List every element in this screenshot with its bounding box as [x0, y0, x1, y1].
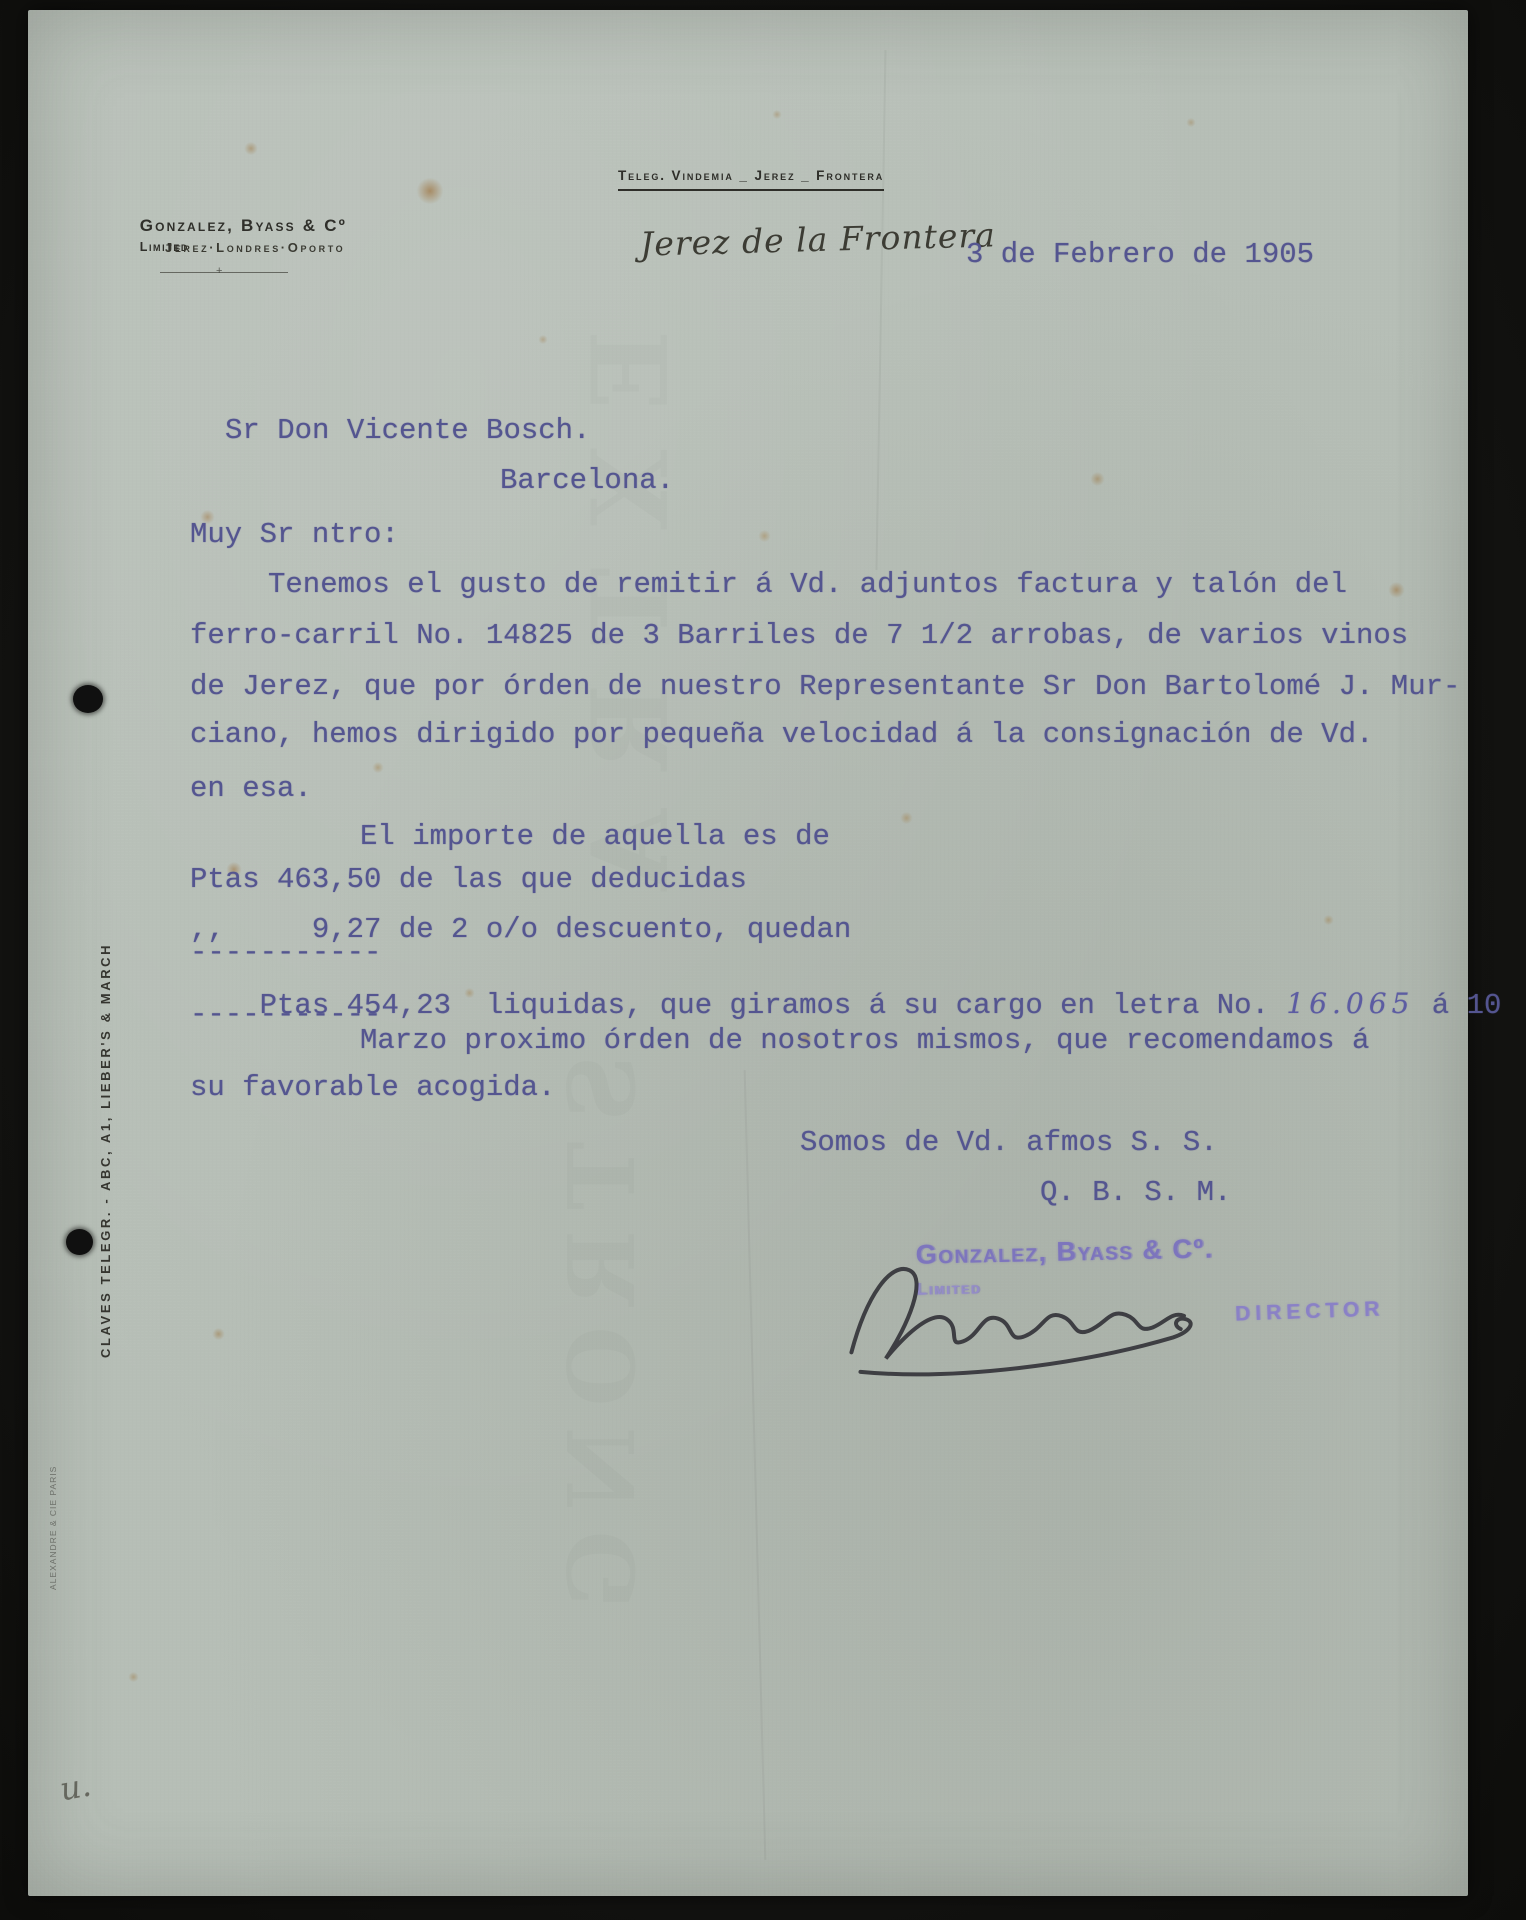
- telegraph-address: Teleg. Vindemia _ Jerez _ Frontera: [618, 168, 884, 191]
- draft-number-handwritten: 16.065: [1286, 987, 1414, 1020]
- letter-line: ciano, hemos dirigido por pequeña veloci…: [190, 720, 1373, 749]
- amount-gross-line: Ptas 463,50 de las que deducidas: [190, 865, 747, 894]
- letterhead-company-main: Gonzalez, Byass & Cº: [140, 216, 347, 235]
- letterhead-cities: Jerez·Londres·Oporto: [165, 240, 345, 255]
- foxing-stain: [1388, 582, 1405, 598]
- letter-line: ferro-carril No. 14825 de 3 Barriles de …: [190, 621, 1408, 650]
- telegraph-codes-margin-note: CLAVES TELEGR. - ABC, A1, LIEBER'S & MAR…: [98, 943, 113, 1358]
- foxing-stain: [244, 142, 258, 155]
- foxing-stain: [372, 762, 384, 773]
- recipient-city: Barcelona.: [500, 466, 674, 495]
- foxing-stain: [758, 530, 771, 542]
- recipient-name: Sr Don Vicente Bosch.: [225, 416, 590, 445]
- letter-line: de Jerez, que por órden de nuestro Repre…: [190, 672, 1460, 701]
- salutation: Muy Sr ntro:: [190, 520, 399, 549]
- director-signature: [824, 1235, 1231, 1406]
- foxing-stain: [538, 335, 548, 344]
- letter-paper: EXTRA STRONG Gonzalez, Byass & Cº Limite…: [28, 10, 1468, 1896]
- foxing-stain: [900, 812, 913, 824]
- pencil-mark: u.: [57, 1766, 94, 1809]
- foxing-stain: [772, 110, 782, 119]
- paper-crease: [744, 1070, 767, 1860]
- foxing-stain: [128, 1672, 139, 1682]
- paper-crease: [875, 50, 886, 570]
- dateline-place-script: Jerez de la Frontera: [640, 215, 997, 263]
- foxing-stain: [1090, 472, 1105, 486]
- letterhead-divider: +: [160, 272, 288, 273]
- amount-net-tail: á 10: [1414, 989, 1501, 1022]
- letter-line: Marzo proximo órden de nosotros mismos, …: [360, 1026, 1369, 1055]
- foxing-stain: [416, 178, 444, 204]
- amount-net-typed: Ptas 454,23 liquidas, que giramos á su c…: [260, 989, 1287, 1022]
- letterhead-company-name: Gonzalez, Byass & Cº Limited: [112, 196, 347, 276]
- ghost-impression-lower: STRONG: [548, 1055, 656, 1629]
- valediction: Somos de Vd. afmos S. S.: [800, 1128, 1218, 1157]
- signature-ink-strokes: [824, 1235, 1231, 1406]
- letter-line: El importe de aquella es de: [360, 822, 830, 851]
- letter-line: en esa.: [190, 774, 312, 803]
- foxing-stain: [1186, 118, 1196, 127]
- dateline-date-typed: 3 de Febrero de 1905: [966, 240, 1314, 269]
- letter-line: su favorable acogida.: [190, 1073, 555, 1102]
- typed-dashed-underline: -----------: [190, 1000, 381, 1029]
- punch-hole: [73, 685, 103, 713]
- foxing-stain: [1323, 915, 1334, 925]
- director-rubber-stamp: DIRECTOR: [1235, 1297, 1385, 1326]
- printer-credit-margin-note: ALEXANDRE & CIE PARIS: [48, 1466, 58, 1590]
- letter-line: Tenemos el gusto de remitir á Vd. adjunt…: [268, 570, 1347, 599]
- letterhead-divider-cross: +: [216, 265, 222, 277]
- foxing-stain: [212, 1328, 225, 1340]
- punch-hole: [66, 1229, 93, 1255]
